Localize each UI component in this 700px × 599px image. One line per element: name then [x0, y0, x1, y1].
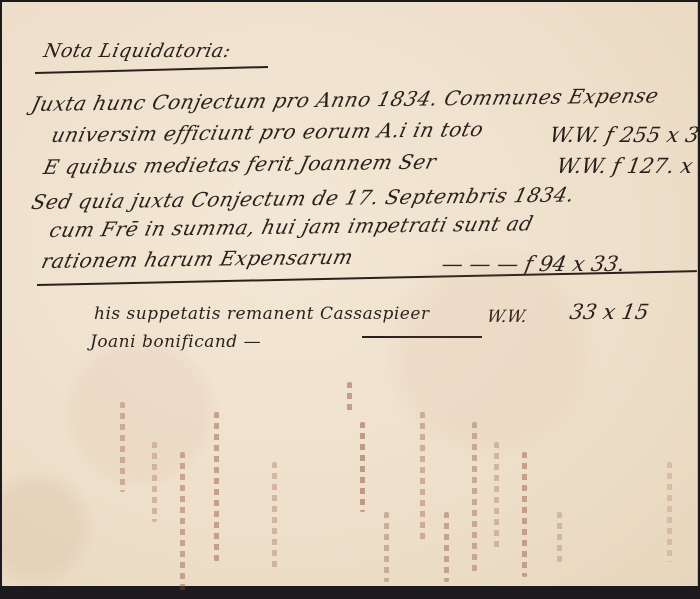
text-line-2: universim efficiunt pro eorum A.i in tot… [49, 117, 486, 147]
balance-dash [362, 336, 482, 338]
amount-half: W.W. f 127. x 48. [555, 154, 700, 178]
text-line-6: rationem harum Expensarum [39, 245, 356, 273]
document-page: Nota Liquidatoria: Juxta hunc Conjectum … [2, 2, 698, 586]
balance-line-1: his suppetatis remanent Cassaspieer [94, 304, 430, 324]
text-line-3: E quibus medietas ferit Joannem Ser [41, 150, 439, 179]
text-line-1: Juxta hunc Conjectum pro Anno 1834. Comm… [29, 83, 661, 116]
document-title: Nota Liquidatoria: [42, 40, 233, 62]
sum-rule [37, 270, 697, 286]
text-line-5: cum Frē in summa, hui jam impetrati sunt… [47, 211, 536, 242]
balance-line-2: Joani bonificand — [90, 332, 261, 352]
text-line-4: Sed quia juxta Conjectum de 17. Septembr… [29, 182, 577, 214]
title-underline [35, 66, 268, 74]
balance-amount: 33 x 15 [568, 300, 651, 324]
balance-currency: W.W. [485, 307, 528, 327]
amount-total: W.W. f 255 x 36. [548, 123, 700, 147]
